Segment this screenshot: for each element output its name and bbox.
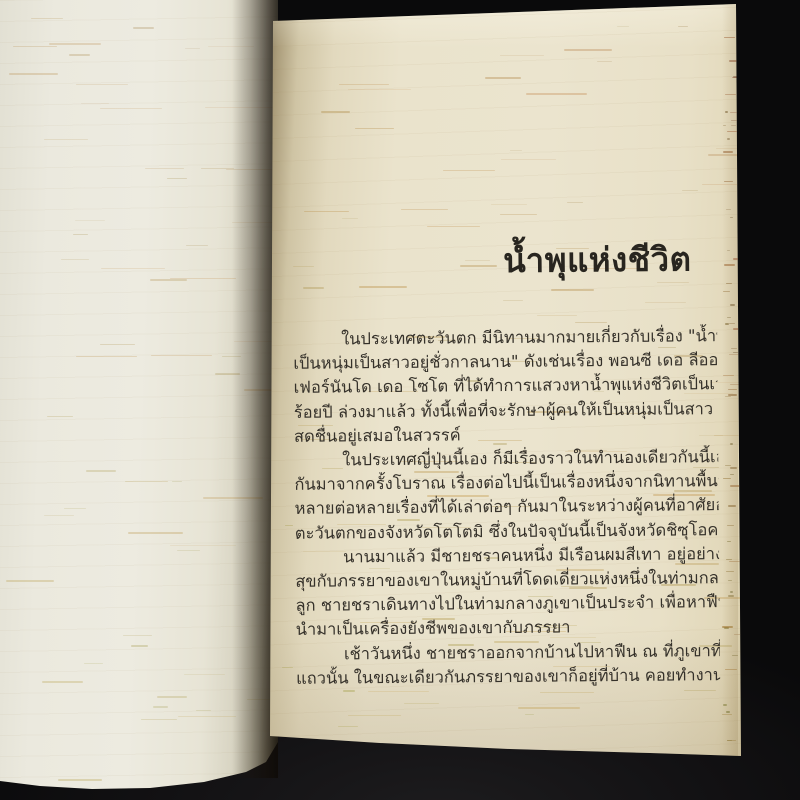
paper-fiber-streak <box>196 710 212 711</box>
page-text: น้ำพุแห่งชีวิต ในประเทศตะวันตก มีนิทานมา… <box>267 0 746 800</box>
paper-fiber-streak <box>44 139 88 140</box>
text-line: เช้าวันหนึ่ง ชายชราออกจากบ้านไปหาฟืน ณ ท… <box>296 639 720 667</box>
book-photo: น้ำพุแห่งชีวิต ในประเทศตะวันตก มีนิทานมา… <box>0 0 800 800</box>
text-line: เป็นหนุ่มเป็นสาวอยู่ชั่วกาลนาน" ดังเช่นเ… <box>293 348 717 376</box>
paper-fiber-streak <box>186 245 208 246</box>
paper-fiber-streak <box>177 550 200 551</box>
paper-fiber-streak <box>73 234 87 235</box>
paper-fiber-streak <box>84 663 103 664</box>
body-text: ในประเทศตะวันตก มีนิทานมากมายเกี่ยวกับเร… <box>293 324 720 691</box>
paper-fiber-streak <box>222 356 241 357</box>
paper-fiber-streak <box>123 635 152 636</box>
paper-fiber-streak <box>100 344 135 345</box>
paper-fiber-streak <box>76 356 137 357</box>
paper-fiber-streak <box>170 545 236 546</box>
text-line: สดชื่นอยู่เสมอในสวรรค์ <box>294 421 718 449</box>
right-text-page: น้ำพุแห่งชีวิต ในประเทศตะวันตก มีนิทานมา… <box>270 0 742 800</box>
paper-fiber-streak <box>47 416 73 417</box>
chapter-title: น้ำพุแห่งชีวิต <box>503 232 692 287</box>
text-line: หลายต่อหลายเรื่องที่ได้เล่าต่อๆ กันมาในร… <box>295 494 719 522</box>
text-line: ตะวันตกของจังหวัดโตโตมิ ซึ่งในปัจจุบันนี… <box>295 518 719 546</box>
paper-fiber-streak <box>42 681 84 683</box>
paper-fiber-streak <box>86 470 115 472</box>
text-line: ร้อยปี ล่วงมาแล้ว ทั้งนี้เพื่อที่จะรักษา… <box>294 397 718 425</box>
paper-fiber-streak <box>100 108 162 109</box>
paper-fiber-streak <box>13 46 56 47</box>
paper-fiber-streak <box>170 278 236 279</box>
paper-fiber-streak <box>185 48 199 49</box>
paper-fiber-streak <box>58 779 102 781</box>
paper-fiber-streak <box>75 220 105 221</box>
paper-fiber-streak <box>226 169 272 170</box>
paper-fiber-streak <box>76 84 128 85</box>
paper-fiber-streak <box>150 279 187 281</box>
paper-fiber-streak <box>9 73 58 75</box>
paper-fiber-streak <box>172 481 182 482</box>
paper-fiber-streak <box>205 107 273 108</box>
paper-fiber-streak <box>167 178 187 179</box>
paper-fiber-streak <box>101 268 165 269</box>
text-line: ในประเทศตะวันตก มีนิทานมากมายเกี่ยวกับเร… <box>293 324 717 352</box>
paper-fiber-streak <box>151 355 212 356</box>
paper-fiber-streak <box>145 168 184 169</box>
paper-fiber-streak <box>203 497 263 499</box>
paper-fiber-streak <box>49 43 101 45</box>
paper-fiber-streak <box>125 481 168 482</box>
text-line: เฟอร์นันโด เดอ โซโต ที่ได้ทำการแสวงหาน้ำ… <box>293 373 717 401</box>
paper-fiber-streak <box>133 27 153 29</box>
paper-fiber-streak <box>6 580 54 582</box>
paper-fiber-streak <box>208 46 254 47</box>
paper-fiber-streak <box>178 716 237 717</box>
paper-fiber-streak <box>128 532 184 534</box>
paper-fiber-streak <box>131 645 148 647</box>
text-line: นานมาแล้ว มีชายชราคนหนึ่ง มีเรือนผมสีเทา… <box>295 542 719 570</box>
paper-fiber-streak <box>141 719 177 720</box>
paper-fiber-streak <box>61 259 89 260</box>
paper-fiber-streak <box>81 103 110 104</box>
text-line: ลูก ชายชราเดินทางไปในท่ามกลางภูเขาเป็นปร… <box>295 590 719 618</box>
paper-fiber-streak <box>157 696 187 698</box>
paper-fiber-streak <box>69 54 90 56</box>
paper-fiber-streak <box>64 508 87 509</box>
paper-fiber-streak <box>184 674 224 675</box>
paper-fiber-streak <box>153 706 168 708</box>
text-line: สุขกับภรรยาของเขาในหมู่บ้านที่โดดเดี่ยวแ… <box>295 566 719 594</box>
paper-fiber-streak <box>201 168 234 169</box>
text-line: นำมาเป็นเครื่องยังชีพของเขากับภรรยา <box>296 615 720 643</box>
text-line: แถวนั้น ในขณะเดียวกันภรรยาของเขาก็อยู่ที… <box>296 663 720 691</box>
paper-fiber-streak <box>215 373 240 375</box>
paper-fiber-streak <box>31 18 63 19</box>
left-blank-page <box>0 0 278 800</box>
text-line: กันมาจากครั้งโบราณ เรื่องต่อไปนี้เป็นเรื… <box>294 469 718 497</box>
text-line: ในประเทศญี่ปุ่นนี้เอง ก็มีเรื่องราวในทำน… <box>294 445 718 473</box>
paper-fiber-streak <box>44 515 74 516</box>
